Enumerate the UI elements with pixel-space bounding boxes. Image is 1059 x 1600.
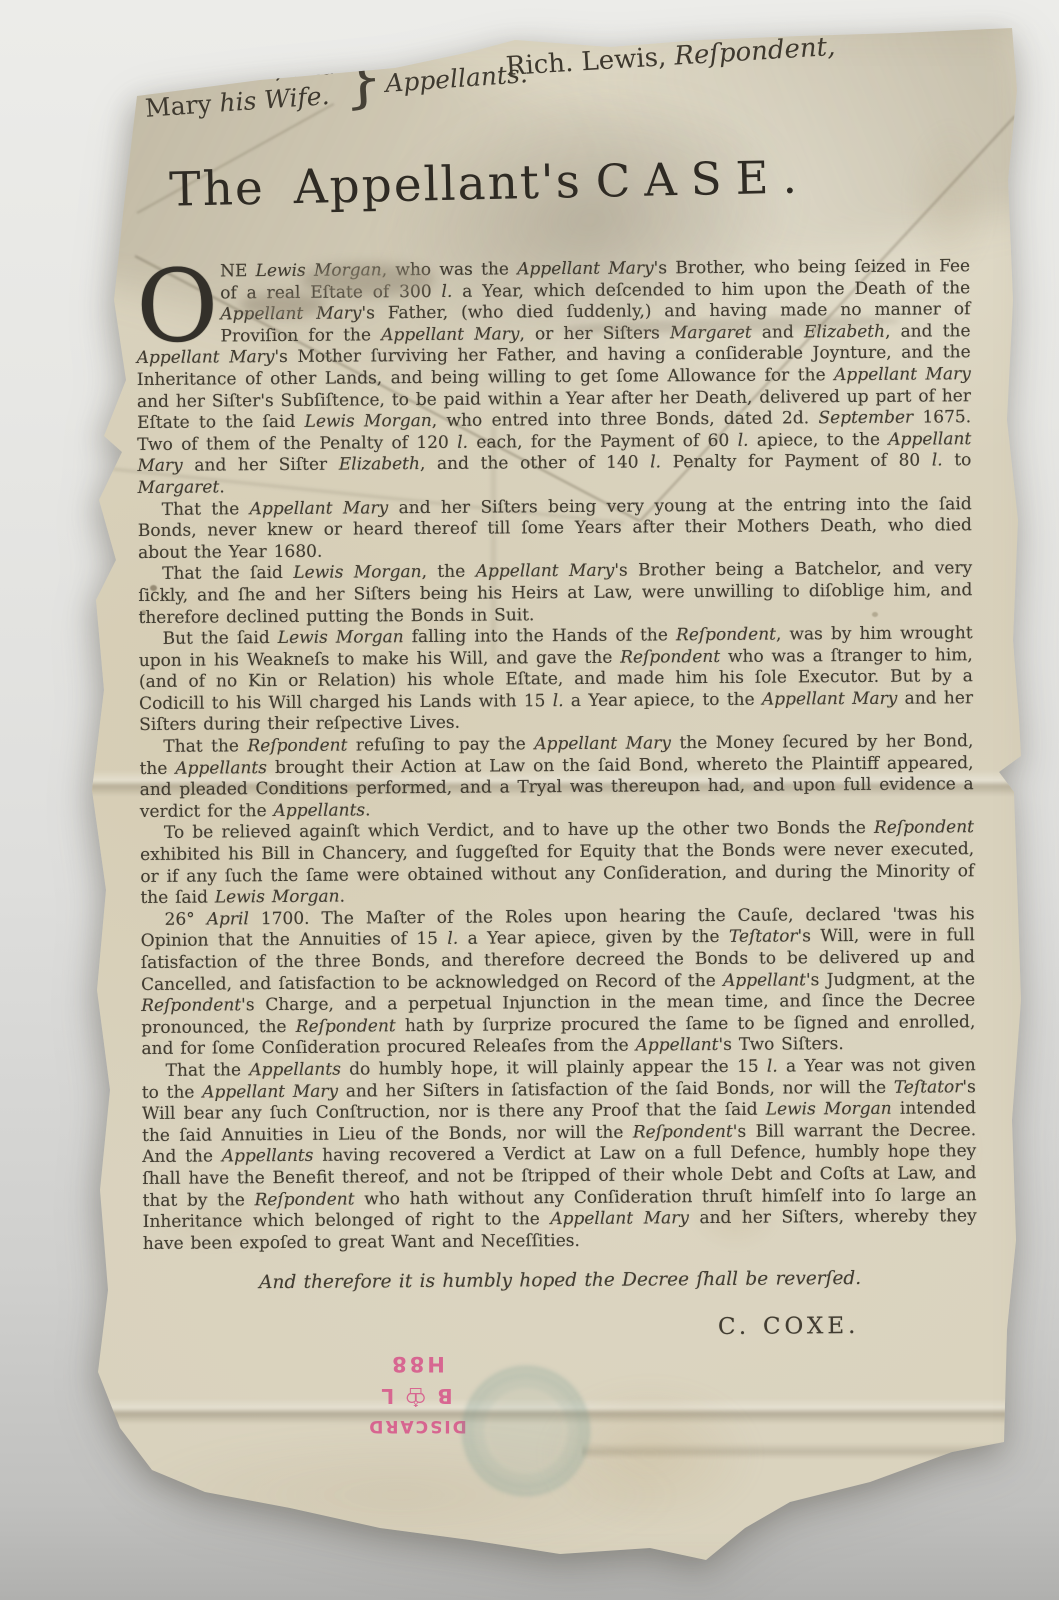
- discard-stamp-shelfmark: B ♔ L: [352, 1384, 482, 1408]
- photo-background: Jam. Yates, and Mary his Wife. } Appella…: [0, 0, 1059, 1600]
- paragraph-text: NE Lewis Morgan, who was the Appellant M…: [137, 256, 972, 498]
- appellant-name-line2: Mary his Wife.: [144, 80, 340, 124]
- case-body: ONE Lewis Morgan, who was the Appellant …: [136, 256, 978, 1342]
- paragraph: But the ſaid Lewis Morgan falling into t…: [139, 623, 974, 737]
- paragraph: That the ſaid Lewis Morgan, the Appellan…: [138, 558, 972, 629]
- shelfmark-left: B: [437, 1384, 452, 1408]
- paragraph: That the Appellant Mary and her Siſters …: [138, 494, 972, 565]
- paper-shadow: Jam. Yates, and Mary his Wife. } Appella…: [0, 0, 1059, 1600]
- paragraph: That the Appellants do humbly hope, it w…: [142, 1055, 977, 1255]
- appellants-block: Jam. Yates, and Mary his Wife. } Appella…: [142, 37, 529, 124]
- title-main: The Appellant's: [169, 154, 583, 218]
- paragraph: ONE Lewis Morgan, who was the Appellant …: [136, 256, 972, 499]
- fold-crease: [582, 1443, 1059, 1459]
- stain: [120, 1430, 680, 1560]
- title-case: CASE.: [595, 150, 811, 207]
- crown-icon: ♔: [404, 1385, 427, 1407]
- closing-line: And therefore it is humbly hoped the Dec…: [143, 1267, 977, 1294]
- paragraph: To be relieved againſt which Verdict, an…: [140, 818, 975, 910]
- paragraph: That the Reſpondent refuſing to pay the …: [139, 731, 974, 823]
- discard-stamp-number: H88: [352, 1352, 482, 1376]
- shelfmark-right: L: [381, 1384, 394, 1408]
- round-library-stamp: [462, 1366, 590, 1496]
- brace-glyph: }: [340, 47, 385, 110]
- document-paper: Jam. Yates, and Mary his Wife. } Appella…: [0, 0, 1059, 1600]
- paragraph: 26° April 1700. The Maſter of the Roles …: [141, 904, 976, 1061]
- signature: C. COXE.: [143, 1315, 977, 1342]
- drop-cap: O: [136, 265, 213, 348]
- respondent-line: Rich. Lewis, Reſpondent,: [505, 32, 836, 82]
- document-title: The Appellant'sCASE.: [140, 149, 841, 219]
